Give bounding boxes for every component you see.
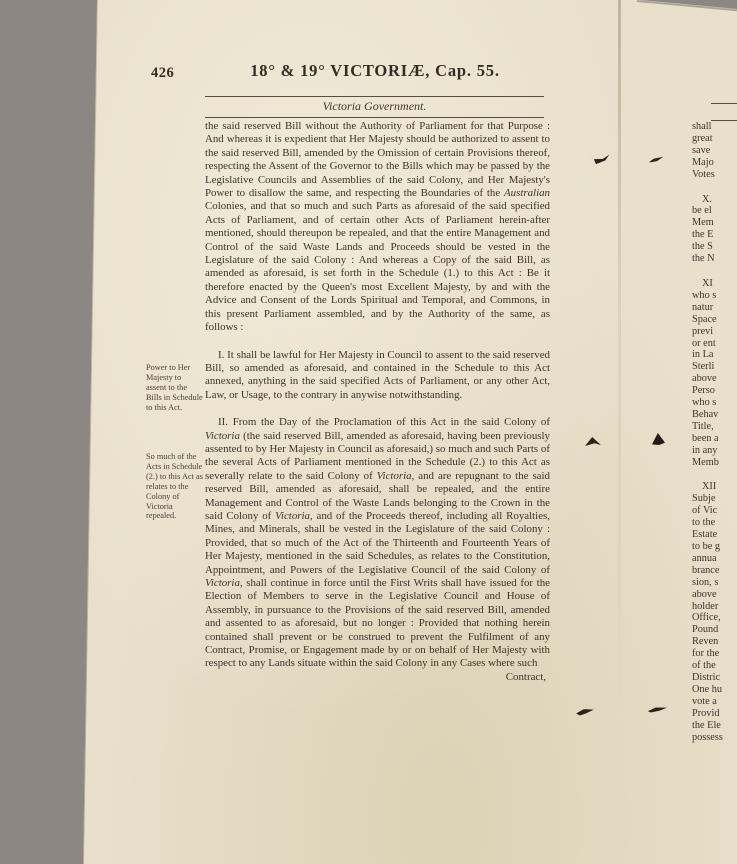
facing-text-line: save [692,145,737,157]
facing-text-line: XI [692,278,737,290]
photo-backdrop: 426 18° & 19° VICTORIÆ, Cap. 55. Victori… [0,0,737,864]
facing-text-line: to be g [692,541,737,553]
facing-text-line: Office, [692,612,737,624]
facing-text-line: the S [692,241,737,253]
facing-text-line: great [692,133,737,145]
running-title: Victoria Government. [205,99,544,114]
facing-column-blocks: shallgreatsaveMajoVotesX.be elMemthe Eth… [692,121,737,743]
facing-text-line: Pound [692,624,737,636]
facing-text-line: One hu [692,684,737,696]
paragraph: I. It shall be lawful for Her Majesty in… [205,349,550,403]
facing-text-line: been a [692,433,737,445]
facing-text-line: above [692,589,737,601]
ink-spot-icon [585,437,601,446]
facing-text-line: Behav [692,409,737,421]
facing-text-line: sion, s [692,577,737,589]
facing-text-line: for the [692,648,737,660]
margin-note-section-2: So much of the Acts in Schedule (2.) to … [146,452,203,521]
facing-text-line: of the [692,660,737,672]
facing-text-line: shall [692,121,737,133]
header-rule-bottom [205,117,544,118]
body-paragraphs: the said reserved Bill without the Autho… [205,120,550,671]
facing-text-line: natur [692,302,737,314]
facing-text-line: Reven [692,636,737,648]
facing-text-line: the Ele [692,720,737,732]
facing-text-line: XII [692,481,737,493]
facing-text-line: X. [692,194,737,206]
facing-text-line: Title, [692,421,737,433]
facing-text-line: Majo [692,157,737,169]
ink-spot-icon [576,708,595,716]
facing-text-block: XIwho snaturSpaceprevior entin LaSterlia… [692,278,737,469]
facing-text-line: Sterli [692,361,737,373]
facing-text-line: vote a [692,696,737,708]
facing-text-line: the N [692,253,737,265]
facing-page-rule-top [711,103,737,104]
header-title: 18° & 19° VICTORIÆ, Cap. 55. [205,61,545,81]
page-fold-crease [618,0,621,800]
facing-text-line: Votes [692,169,737,181]
header-rule-top [205,96,544,97]
facing-text-block: XIISubjeof Victo theEstateto be gannuabr… [692,481,737,743]
facing-text-line: Mem [692,217,737,229]
book-page: 426 18° & 19° VICTORIÆ, Cap. 55. Victori… [0,0,737,864]
ink-spot-icon [649,155,664,163]
facing-text-block: shallgreatsaveMajoVotes [692,121,737,181]
page-left-edge [82,0,98,864]
facing-text-line: holder [692,601,737,613]
facing-text-line: of Vic [692,505,737,517]
facing-text-line: Distric [692,672,737,684]
facing-text-line: in La [692,349,737,361]
paragraph: II. From the Day of the Proclamation of … [205,416,550,671]
facing-text-line: or ent [692,338,737,350]
margin-note-section-1: Power to Her Majesty to assent to the Bi… [146,363,203,413]
facing-text-line: Space [692,314,737,326]
facing-text-line: the E [692,229,737,241]
facing-text-line: annua [692,553,737,565]
facing-page-column: shallgreatsaveMajoVotesX.be elMemthe Eth… [692,121,737,743]
ink-spot-icon [648,706,667,713]
facing-text-line: brance [692,565,737,577]
facing-text-line: to the [692,517,737,529]
paragraph: the said reserved Bill without the Autho… [205,120,550,335]
facing-text-line: Perso [692,385,737,397]
facing-text-line: who s [692,397,737,409]
facing-text-line: previ [692,326,737,338]
facing-text-line: who s [692,290,737,302]
page-top-edge [637,0,737,11]
catchword: Contract, [205,671,550,684]
facing-text-line: Subje [692,493,737,505]
facing-text-line: possess [692,732,737,744]
facing-text-line: in any [692,445,737,457]
facing-text-line: above [692,373,737,385]
body-text-column: the said reserved Bill without the Autho… [205,120,550,684]
facing-text-line: Estate [692,529,737,541]
facing-text-block: X.be elMemthe Ethe Sthe N [692,194,737,265]
ink-spot-icon [594,155,611,165]
facing-text-line: Memb [692,457,737,469]
facing-text-line: Provid [692,708,737,720]
ink-spot-icon [652,433,665,445]
facing-text-line: be el [692,205,737,217]
page-number: 426 [151,65,174,82]
